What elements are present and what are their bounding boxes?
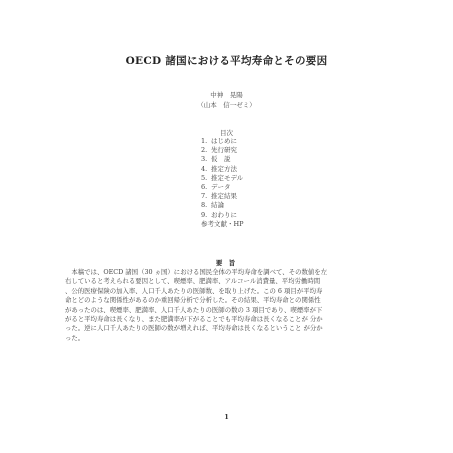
toc-item: 4.推定方法 [201, 165, 244, 174]
author-affiliation: （山本 信一ゼミ） [0, 100, 453, 109]
document-title: OECD 諸国における平均寿命とその要因 [0, 53, 453, 68]
abstract-line: 右していると考えられる要因として、喫煙率、肥満率、アルコール消費量、平均労働時間 [65, 277, 387, 286]
toc-item: 参考文献・HP [201, 220, 244, 229]
toc-item: 3.仮 説 [201, 155, 244, 164]
toc-item: 6.データ [201, 183, 244, 192]
abstract-line: があったのは、喫煙率、肥満率、人口千人あたりの医師の数の 3 項目であり、喫煙率… [65, 306, 387, 315]
toc-item: 5.推定モデル [201, 174, 244, 183]
abstract-line: 本稿では、OECD 諸国（30 ヵ国）における国民全体の平均寿命を調べて、その数… [65, 268, 387, 277]
document-page: OECD 諸国における平均寿命とその要因 中神 晃陽 （山本 信一ゼミ） 目次 … [0, 0, 453, 453]
abstract-line: 命とどのような関係性があるのか重回帰分析で分析した。その結果、平均寿命との関係性 [65, 296, 387, 305]
abstract-heading: 要 旨 [0, 258, 453, 267]
table-of-contents: 1.はじめに 2.先行研究 3.仮 説 4.推定方法 5.推定モデル 6.データ… [201, 137, 244, 229]
page-number: 1 [0, 413, 453, 421]
toc-heading: 目次 [0, 128, 453, 137]
author-name: 中神 晃陽 [0, 90, 453, 99]
toc-item: 8.結論 [201, 201, 244, 210]
abstract-line: った。 [65, 334, 387, 343]
abstract-line: 、公的医療保険の加入率、人口千人あたりの医師数、を取り上げた。この 6 項目が平… [65, 287, 387, 296]
abstract-line: がると平均寿命は長くなり、また肥満率が下がることでも平均寿命は長くなることが 分… [65, 315, 387, 324]
toc-item: 9.おわりに [201, 211, 244, 220]
abstract-line: った。逆に人口千人あたりの医師の数が増えれば、平均寿命は長くなるということ が分… [65, 324, 387, 333]
toc-item: 1.はじめに [201, 137, 244, 146]
abstract-body: 本稿では、OECD 諸国（30 ヵ国）における国民全体の平均寿命を調べて、その数… [65, 268, 387, 343]
